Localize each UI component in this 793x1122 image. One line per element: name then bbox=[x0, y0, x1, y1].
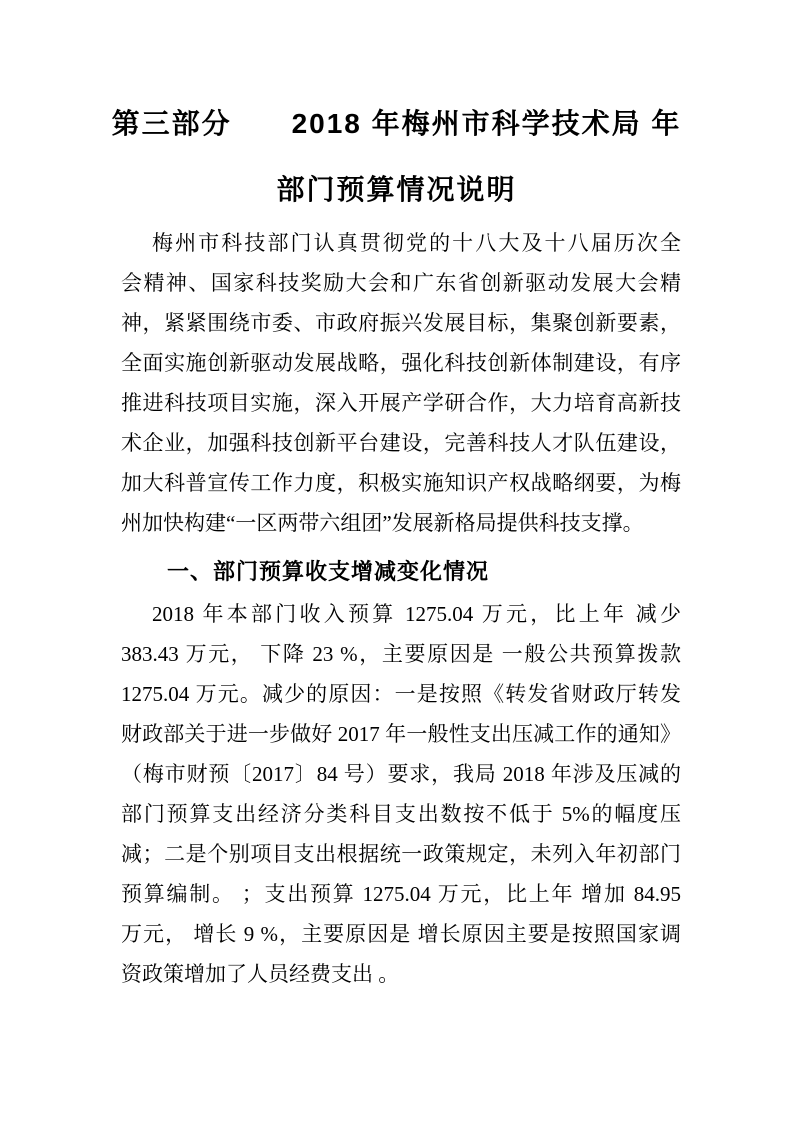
paragraph-line: 术企业，加强科技创新平台建设，完善科技人才队伍建设， bbox=[121, 423, 681, 463]
paragraph-line: 全面实施创新驱动发展战略，强化科技创新体制建设，有序 bbox=[121, 343, 681, 383]
paragraph-line: 梅州市科技部门认真贯彻党的十八大及十八届历次全 bbox=[121, 223, 681, 263]
paragraph-line: 财政部关于进一步做好 2017 年一般性支出压减工作的通知》 bbox=[121, 714, 681, 754]
document-page: 第三部分 2018 年梅州市科学技术局 年 部门预算情况说明 梅州市科技部门认真… bbox=[0, 0, 793, 1122]
section-heading: 一、部门预算收支增减变化情况 bbox=[121, 552, 681, 592]
document-body: 梅州市科技部门认真贯彻党的十八大及十八届历次全 会精神、国家科技奖励大会和广东省… bbox=[121, 223, 681, 994]
paragraph-line: 减；二是个别项目支出根据统一政策规定，未列入年初部门 bbox=[121, 834, 681, 874]
document-title: 第三部分 2018 年梅州市科学技术局 年 部门预算情况说明 bbox=[0, 91, 793, 223]
paragraph-line: 州加快构建“一区两带六组团”发展新格局提供科技支撑。 bbox=[121, 503, 681, 543]
paragraph-line: 万元， 增长 9 %，主要原因是 增长原因主要是按照国家调 bbox=[121, 914, 681, 954]
paragraph-line: （梅市财预〔2017〕84 号）要求，我局 2018 年涉及压减的 bbox=[121, 754, 681, 794]
paragraph-line: 2018 年本部门收入预算 1275.04 万元，比上年 减少 bbox=[121, 594, 681, 634]
paragraph-line: 神，紧紧围绕市委、市政府振兴发展目标，集聚创新要素， bbox=[121, 303, 681, 343]
paragraph-line: 383.43 万元， 下降 23 %，主要原因是 一般公共预算拨款 bbox=[121, 634, 681, 674]
document-title-line-2: 部门预算情况说明 bbox=[40, 157, 753, 223]
paragraph-line: 预算编制。 ；支出预算 1275.04 万元，比上年 增加 84.95 bbox=[121, 874, 681, 914]
paragraph-line: 推进科技项目实施，深入开展产学研合作，大力培育高新技 bbox=[121, 383, 681, 423]
paragraph-line: 会精神、国家科技奖励大会和广东省创新驱动发展大会精 bbox=[121, 263, 681, 303]
paragraph-line: 1275.04 万元。减少的原因：一是按照《转发省财政厅转发 bbox=[121, 674, 681, 714]
paragraph-line: 资政策增加了人员经费支出 。 bbox=[121, 954, 681, 994]
section-paragraph: 2018 年本部门收入预算 1275.04 万元，比上年 减少 383.43 万… bbox=[121, 594, 681, 994]
intro-paragraph: 梅州市科技部门认真贯彻党的十八大及十八届历次全 会精神、国家科技奖励大会和广东省… bbox=[121, 223, 681, 543]
paragraph-line: 加大科普宣传工作力度，积极实施知识产权战略纲要，为梅 bbox=[121, 463, 681, 503]
paragraph-line: 部门预算支出经济分类科目支出数按不低于 5%的幅度压 bbox=[121, 794, 681, 834]
document-title-line-1: 第三部分 2018 年梅州市科学技术局 年 bbox=[40, 91, 753, 157]
